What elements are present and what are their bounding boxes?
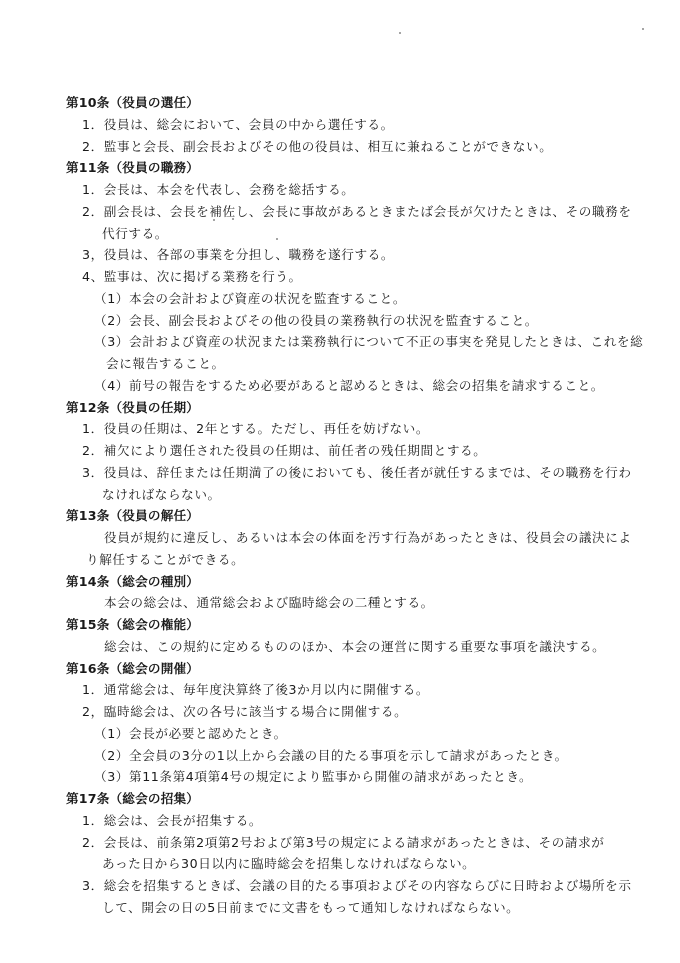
sub-clause: （1）会長が必要と認めたとき。 — [66, 723, 626, 745]
clause: 2，臨時総会は、次の各号に該当する場合に開催する。 — [66, 701, 626, 723]
article-17: 第17条（総会の招集） 1．総会は、会長が招集する。 2．会長は、前条第2項第2… — [66, 788, 626, 919]
clause: 3．総会を招集するときば、会議の目的たる事項およびその内容ならびに日時および場所… — [66, 875, 626, 897]
clause: 2．副会長は、会長を補佐し、会長に事故があるときまたば会長が欠けたときは、その職… — [66, 201, 626, 223]
paragraph: 役員が規約に違反し、あるいは本会の体面を汚す行為があったときは、役員会の議決によ — [66, 527, 626, 549]
clause-continuation: あった日から30日以内に臨時総会を招集しなければならない。 — [66, 853, 626, 875]
document-page: 第10条（役員の選任） 1．役員は、総会において、会員の中から選任する。 2．監… — [66, 92, 626, 919]
scan-speck — [213, 219, 215, 221]
article-heading: 第16条（総会の開催） — [66, 658, 626, 680]
article-heading: 第13条（役員の解任） — [66, 505, 626, 527]
article-heading: 第11条（役員の職務） — [66, 157, 626, 179]
clause: 2．補欠により選任された役員の任期は、前任者の残任期間とする。 — [66, 440, 626, 462]
clause: 3，役員は、各部の事業を分担し、職務を遂行する。 — [66, 244, 626, 266]
sub-clause: （2）全会員の3分の1以上から会議の目的たる事項を示して請求があったとき。 — [66, 745, 626, 767]
paragraph: 本会の総会は、通常総会および臨時総会の二種とする。 — [66, 592, 626, 614]
article-11: 第11条（役員の職務） 1．会長は、本会を代表し、会務を総括する。 2．副会長は… — [66, 157, 626, 396]
clause: 1．役員は、総会において、会員の中から選任する。 — [66, 114, 626, 136]
sub-clause: （3）第11条第4項第4号の規定により監事から開催の請求があったとき。 — [66, 766, 626, 788]
scan-speck — [399, 32, 401, 34]
scan-speck — [642, 28, 644, 30]
paragraph-continuation: り解任することができる。 — [66, 549, 626, 571]
clause: 2．会長は、前条第2項第2号および第3号の規定による請求があったときは、その請求… — [66, 832, 626, 854]
sub-clause: （3）会計および資産の状況または業務執行について不正の事実を発見したときは、これ… — [66, 331, 626, 353]
sub-clause: （2）会長、副会長およびその他の役員の業務執行の状況を監査すること。 — [66, 310, 626, 332]
clause-continuation: なければならない。 — [66, 484, 626, 506]
article-heading: 第12条（役員の任期） — [66, 397, 626, 419]
clause: 1．通常総会は、毎年度決算終了後3か月以内に開催する。 — [66, 679, 626, 701]
scan-speck — [276, 238, 278, 240]
article-14: 第14条（総会の種別） 本会の総会は、通常総会および臨時総会の二種とする。 — [66, 571, 626, 615]
clause-continuation: 代行する。 — [66, 223, 626, 245]
clause-continuation: して、開会の日の5日前までに文書をもって通知しなければならない。 — [66, 897, 626, 919]
article-heading: 第14条（総会の種別） — [66, 571, 626, 593]
clause: 1．総会は、会長が招集する。 — [66, 810, 626, 832]
scan-speck — [232, 218, 234, 220]
article-10: 第10条（役員の選任） 1．役員は、総会において、会員の中から選任する。 2．監… — [66, 92, 626, 157]
clause: 2．監事と会長、副会長およびその他の役員は、相互に兼ねることができない。 — [66, 136, 626, 158]
paragraph: 総会は、この規約に定めるもののほか、本会の運営に関する重要な事項を議決する。 — [66, 636, 626, 658]
article-heading: 第17条（総会の招集） — [66, 788, 626, 810]
clause: 1．役員の任期は、2年とする。ただし、再任を妨げない。 — [66, 418, 626, 440]
clause: 1．会長は、本会を代表し、会務を総括する。 — [66, 179, 626, 201]
sub-clause: （1）本会の会計および資産の状況を監査すること。 — [66, 288, 626, 310]
article-heading: 第15条（総会の権能） — [66, 614, 626, 636]
sub-clause-continuation: 会に報告すること。 — [66, 353, 626, 375]
article-13: 第13条（役員の解任） 役員が規約に違反し、あるいは本会の体面を汚す行為があった… — [66, 505, 626, 570]
article-12: 第12条（役員の任期） 1．役員の任期は、2年とする。ただし、再任を妨げない。 … — [66, 397, 626, 506]
article-heading: 第10条（役員の選任） — [66, 92, 626, 114]
clause: 4、監事は、次に掲げる業務を行う。 — [66, 266, 626, 288]
sub-clause: （4）前号の報告をするため必要があると認めるときは、総会の招集を請求すること。 — [66, 375, 626, 397]
clause: 3．役員は、辞任または任期満了の後においても、後任者が就任するまでは、その職務を… — [66, 462, 626, 484]
article-15: 第15条（総会の権能） 総会は、この規約に定めるもののほか、本会の運営に関する重… — [66, 614, 626, 658]
article-16: 第16条（総会の開催） 1．通常総会は、毎年度決算終了後3か月以内に開催する。 … — [66, 658, 626, 789]
